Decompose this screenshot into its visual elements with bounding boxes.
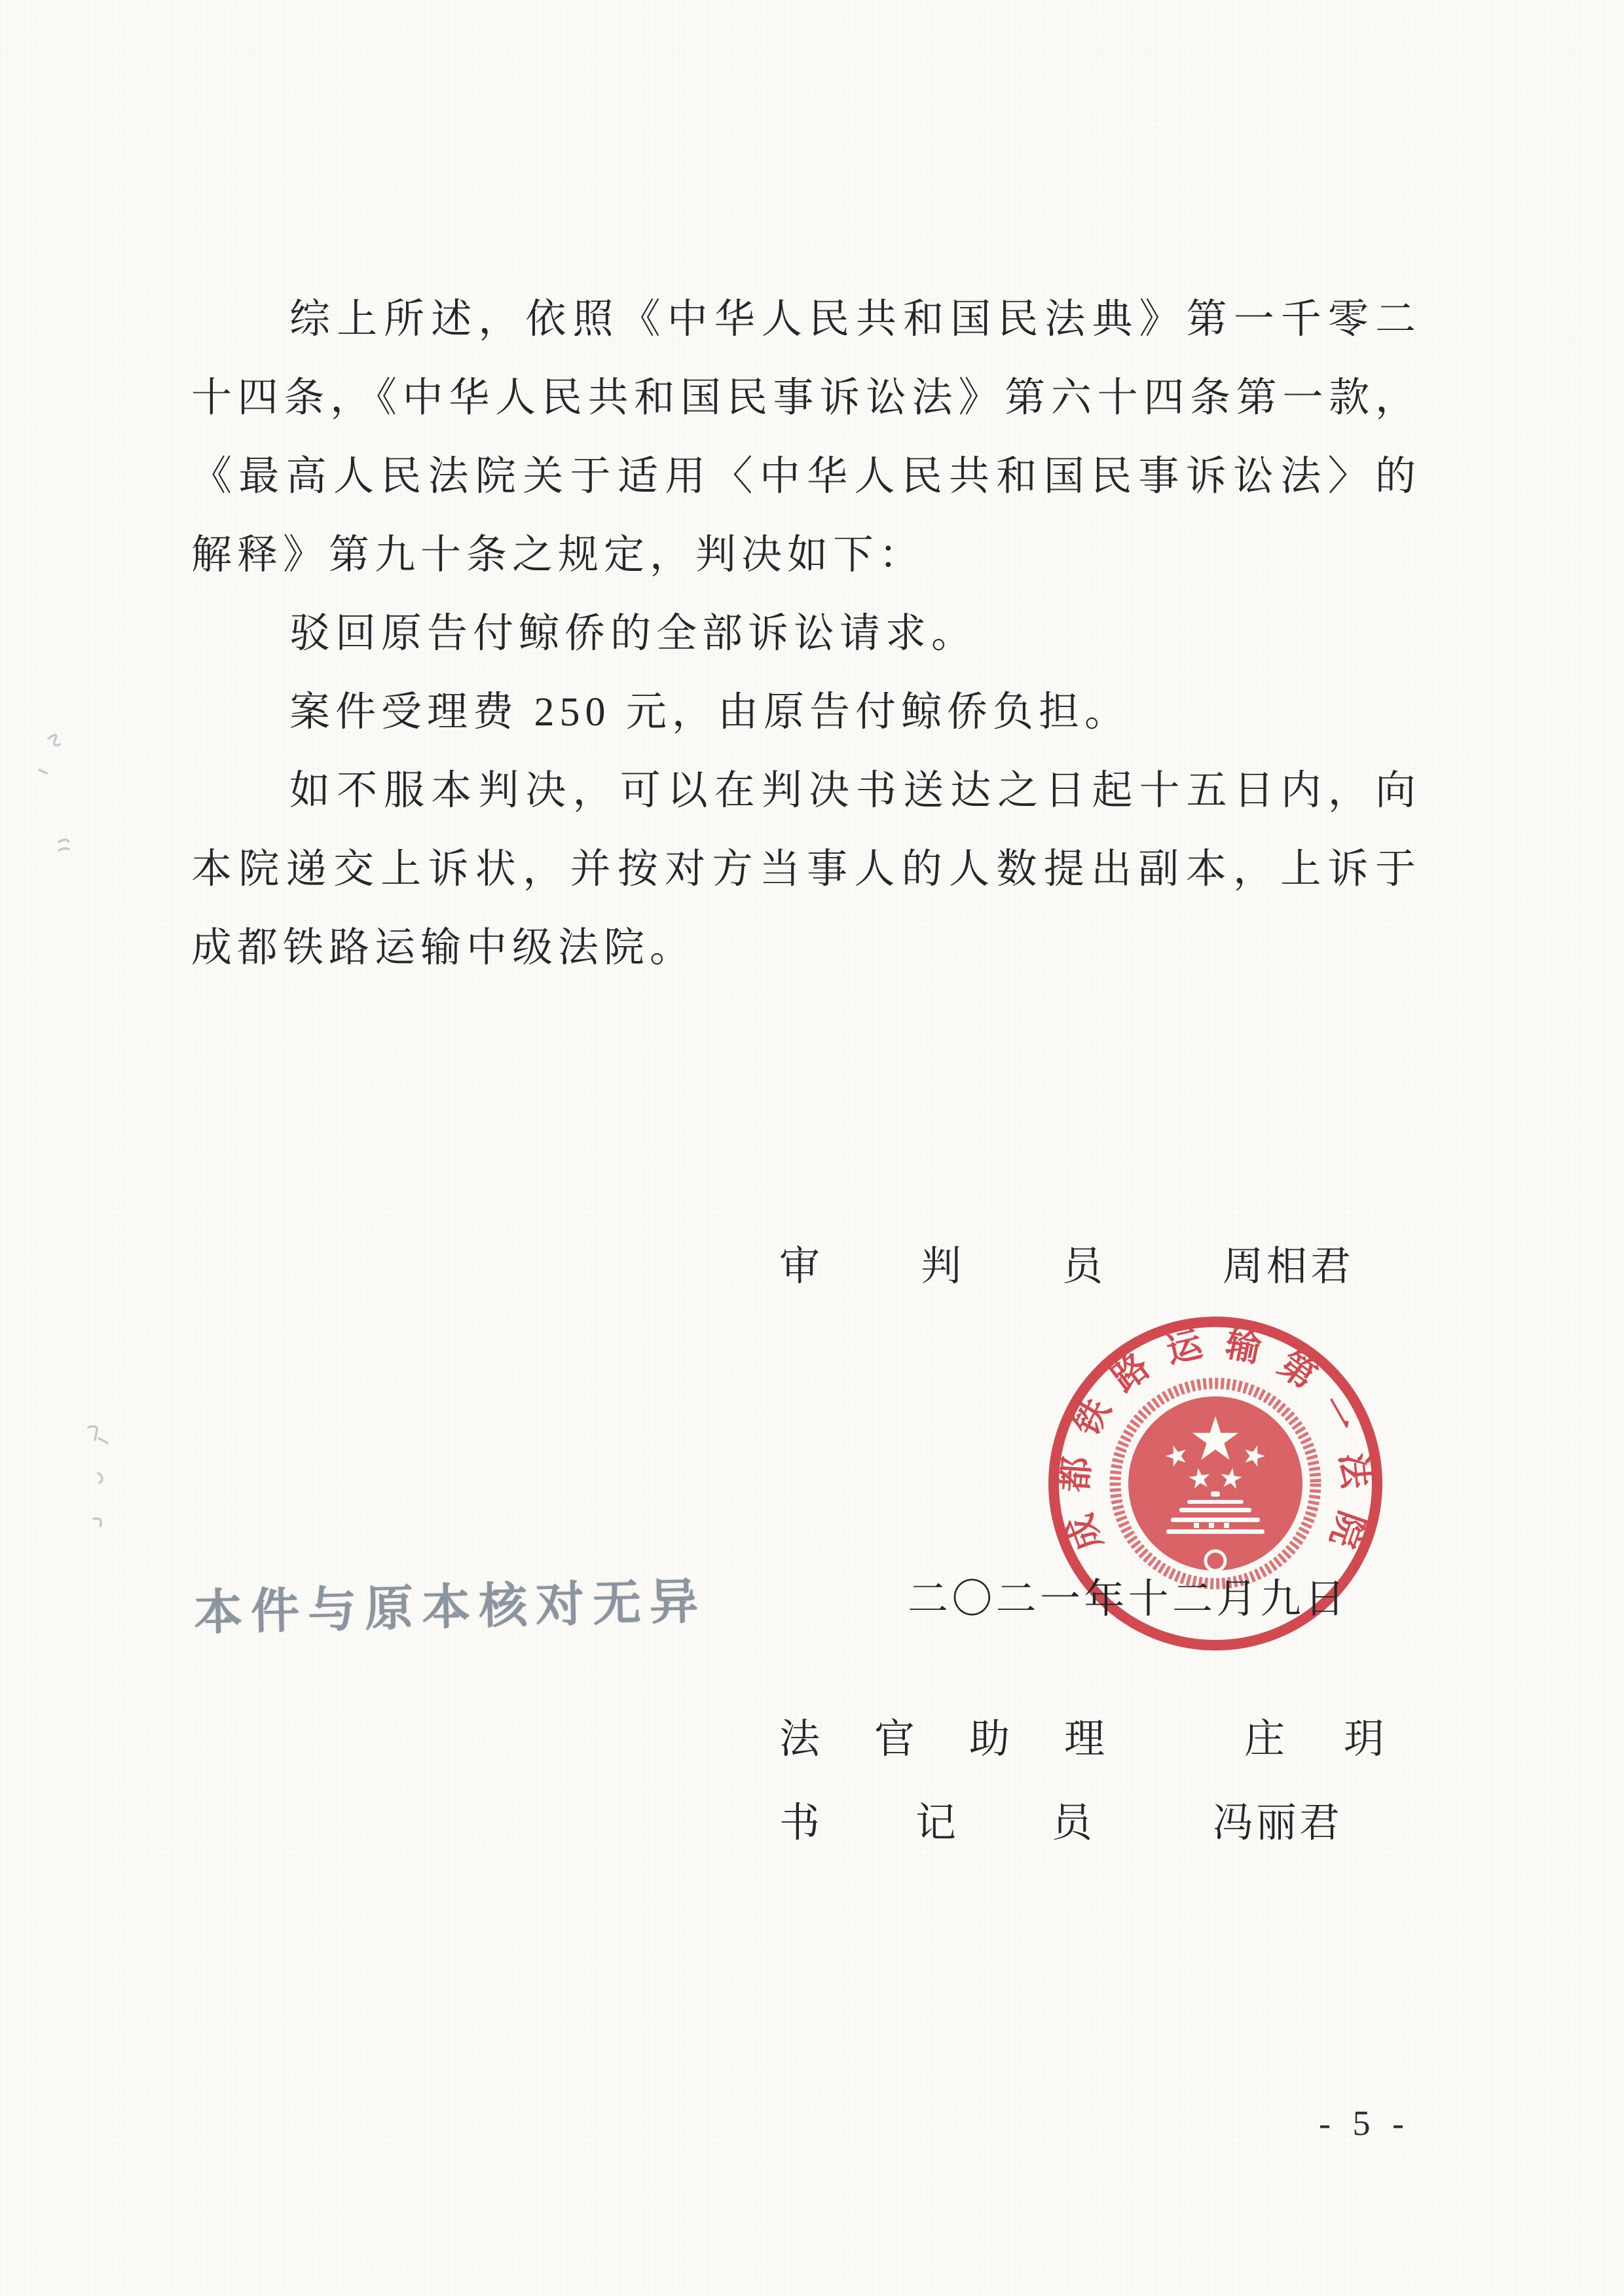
judgment-document-page: 综上所述，依照《中华人民共和国民法典》第一千零二十四条，《中华人民共和国民事诉讼… xyxy=(0,0,1624,2296)
judge-role-char: 审 xyxy=(779,1233,820,1292)
assistant-role-char: 官 xyxy=(874,1706,915,1764)
paragraph-legal-basis: 综上所述，依照《中华人民共和国民法典》第一千零二十四条，《中华人民共和国民事诉讼… xyxy=(191,280,1421,594)
clerk-name: 冯丽君 xyxy=(1213,1790,1342,1848)
judge-role-char: 判 xyxy=(921,1233,961,1292)
clerk-role-label: 书 记 员 xyxy=(779,1790,1092,1848)
paragraph-court-fee: 案件受理费 250 元，由原告付鲸侨负担。 xyxy=(191,673,1421,752)
verification-stamp: 本件与原本核对无异 xyxy=(193,1563,707,1644)
date-char: 月 xyxy=(1216,1566,1257,1624)
assistant-role-char: 理 xyxy=(1064,1706,1105,1764)
date-char: 〇 xyxy=(951,1566,992,1624)
pencil-scan-marks xyxy=(0,0,170,2296)
date-char: 十 xyxy=(1128,1566,1169,1624)
page-number: - 5 - xyxy=(1319,2103,1411,2143)
assistant-role-label: 法 官 助 理 xyxy=(779,1706,1105,1764)
national-emblem-icon xyxy=(1115,1383,1316,1584)
assistant-role-char: 助 xyxy=(969,1706,1010,1764)
date-char: 二 xyxy=(908,1566,948,1624)
assistant-name: 庄 玥 xyxy=(1244,1706,1384,1764)
date-char: 一 xyxy=(1040,1566,1080,1624)
assistant-name-char: 庄 xyxy=(1244,1706,1285,1764)
paragraph-ruling: 驳回原告付鲸侨的全部诉讼请求。 xyxy=(191,594,1421,673)
judgment-body-text: 综上所述，依照《中华人民共和国民法典》第一千零二十四条，《中华人民共和国民事诉讼… xyxy=(191,280,1421,987)
judge-role-label: 审 判 员 xyxy=(779,1233,1103,1292)
assistant-role-char: 法 xyxy=(779,1706,820,1764)
clerk-role-char: 员 xyxy=(1052,1790,1092,1848)
clerk-role-char: 书 xyxy=(779,1790,820,1848)
judge-role-char: 员 xyxy=(1062,1233,1103,1292)
clerk-role-char: 记 xyxy=(915,1790,956,1848)
date-char: 年 xyxy=(1084,1566,1124,1624)
assistant-name-char: 玥 xyxy=(1344,1706,1384,1764)
date-char: 二 xyxy=(1172,1566,1213,1624)
paragraph-appeal-notice: 如不服本判决，可以在判决书送达之日起十五日内，向本院递交上诉状，并按对方当事人的… xyxy=(191,752,1421,987)
judge-name: 周相君 xyxy=(1223,1233,1354,1292)
date-char: 九 xyxy=(1261,1566,1301,1624)
date-char: 二 xyxy=(996,1566,1037,1624)
judgment-date: 二 〇 二 一 年 十 二 月 九 日 xyxy=(908,1566,1345,1624)
date-char: 日 xyxy=(1304,1566,1345,1624)
